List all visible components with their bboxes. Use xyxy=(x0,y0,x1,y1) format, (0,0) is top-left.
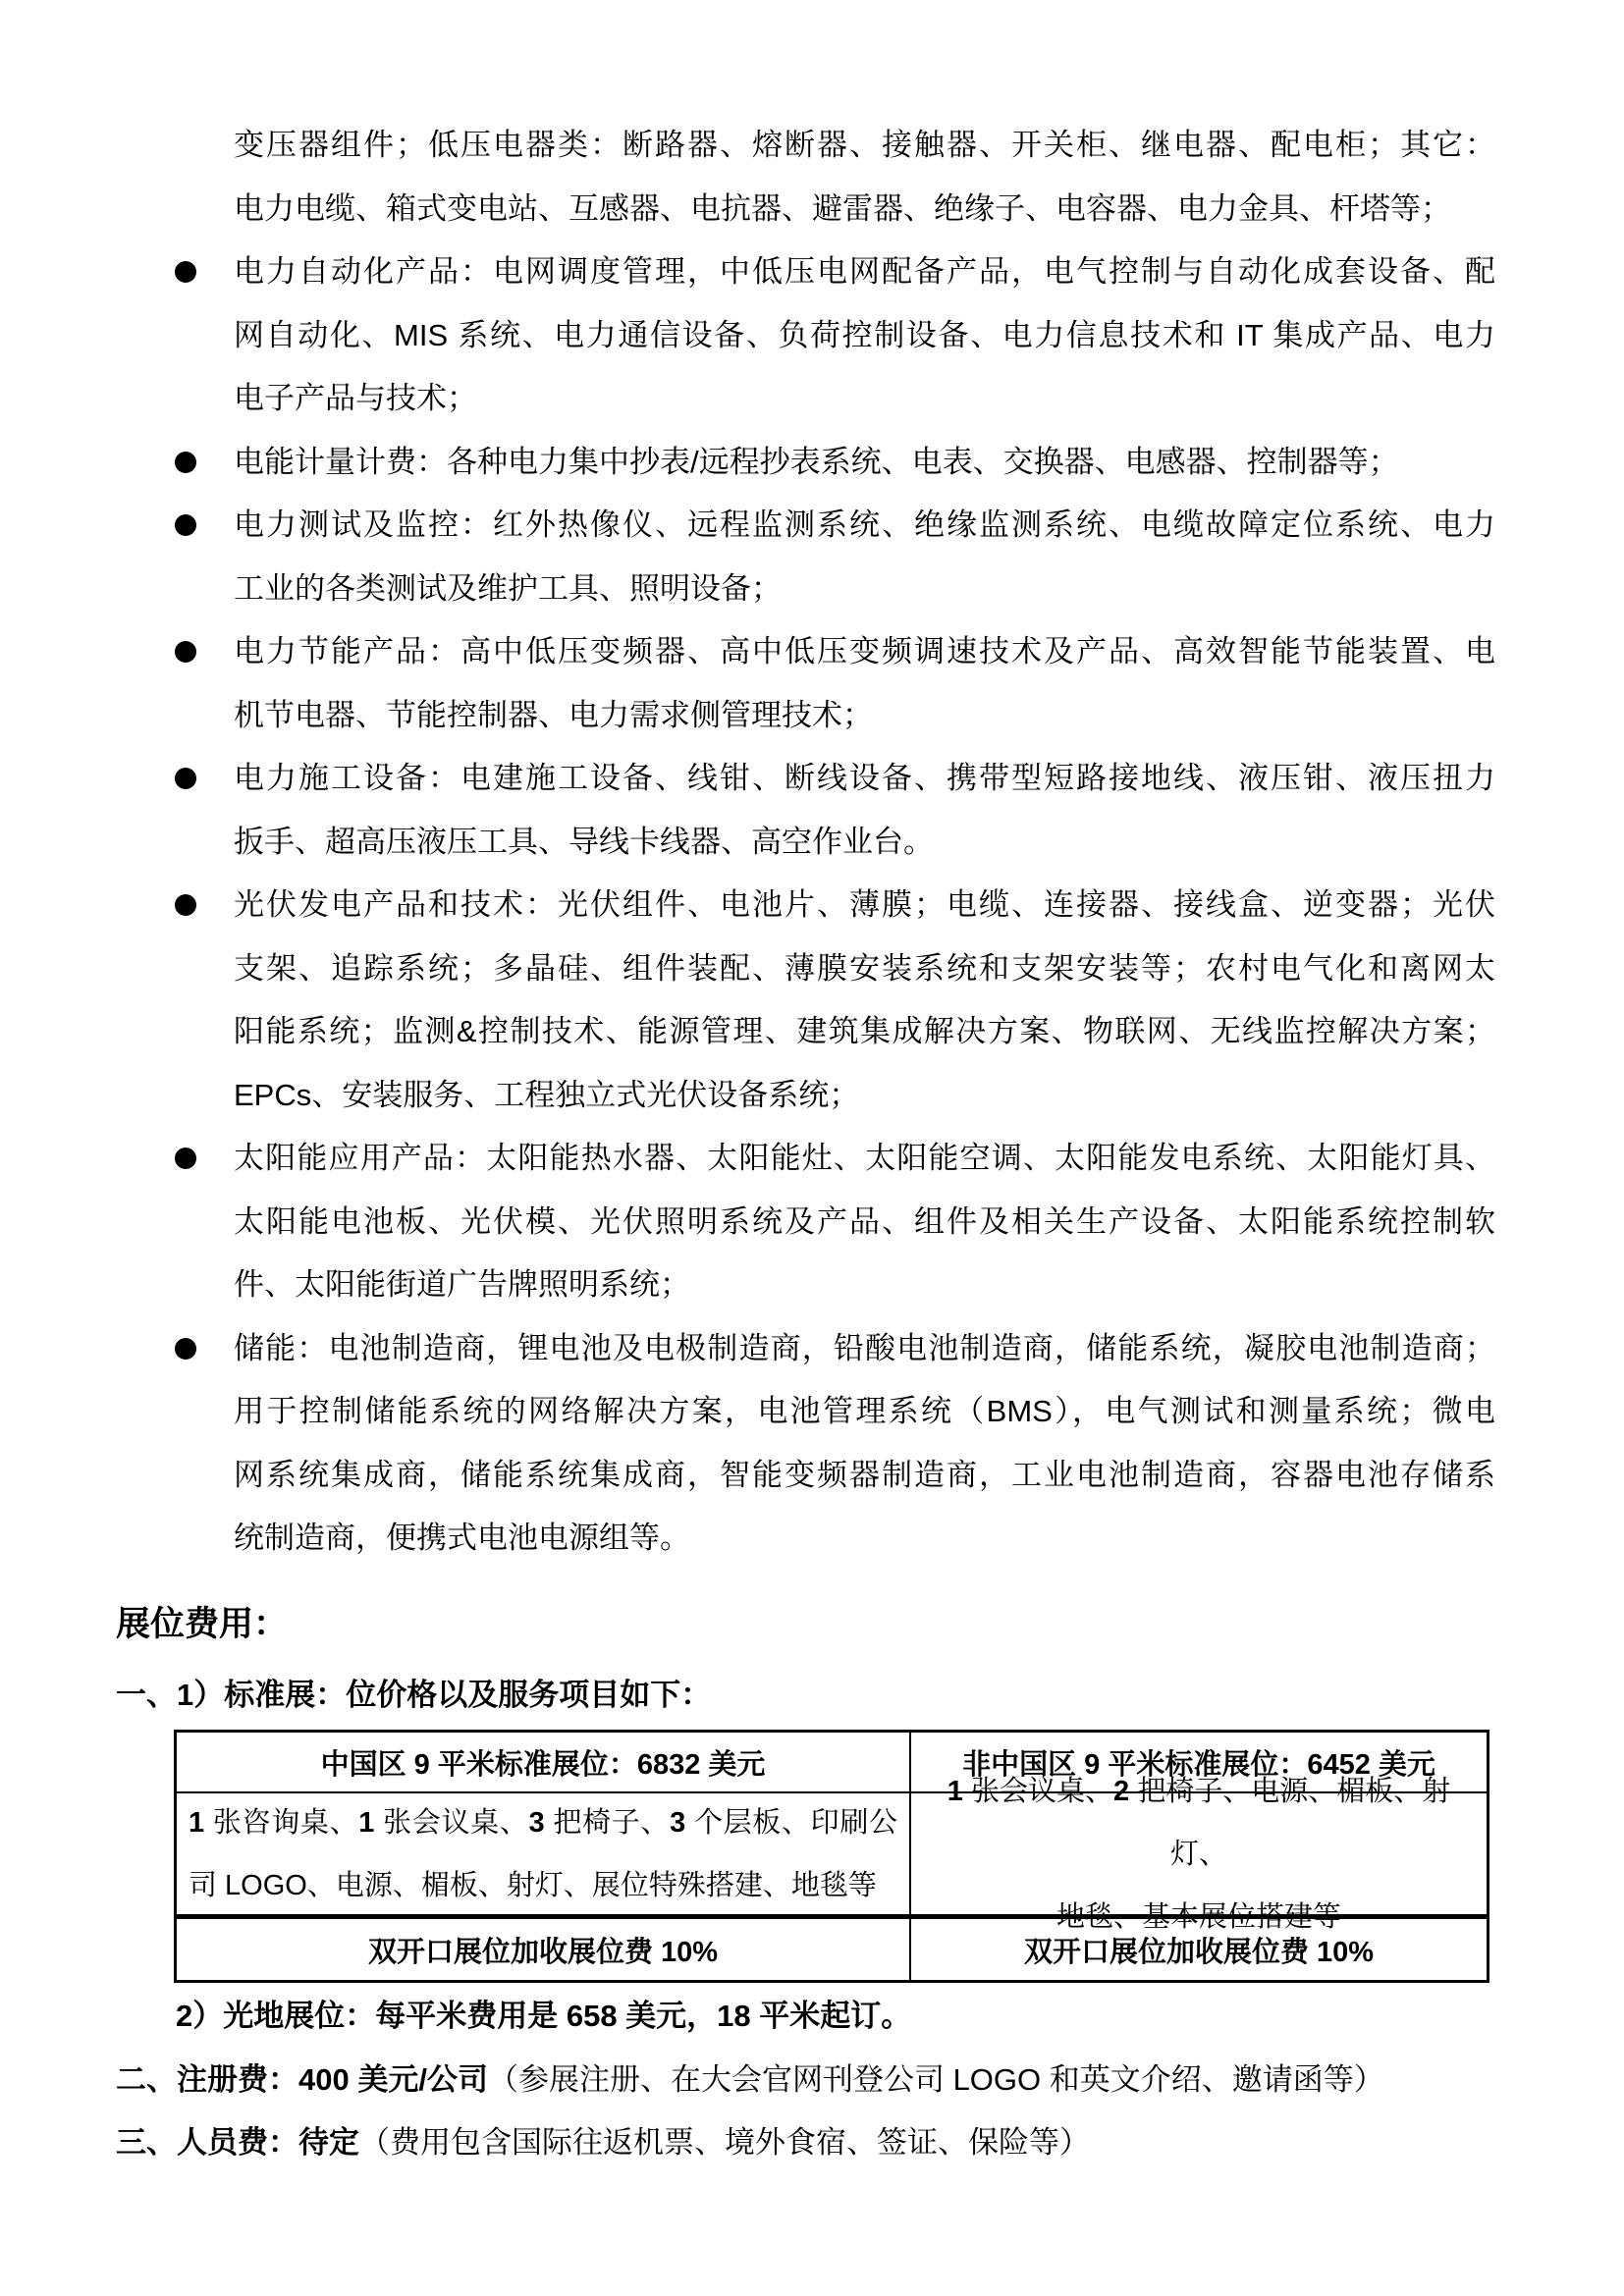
text-line: 阳能系统；监测&控制技术、能源管理、建筑集成解决方案、物联网、无线监控解决方案； xyxy=(234,1000,1495,1064)
bullet-icon xyxy=(175,641,196,663)
text-segment: 1 xyxy=(947,1776,963,1807)
text-segment: 3 xyxy=(670,1807,685,1839)
text-line: 电力自动化产品：电网调度管理，中低压电网配备产品，电气控制与自动化成套设备、配 xyxy=(234,240,1495,304)
bullet-item-testing-monitoring: 电力测试及监控：红外热像仪、远程监测系统、绝缘监测系统、电缆故障定位系统、电力工… xyxy=(234,494,1495,620)
text-segment: 三、人员费：待定 xyxy=(116,2125,359,2160)
text-line: 电力施工设备：电建施工设备、线钳、断线设备、携带型短路接地线、液压钳、液压扭力 xyxy=(234,747,1495,811)
text-line: 统制造商，便携式电池电源组等。 xyxy=(234,1507,1495,1571)
text-line: 件、太阳能街道广告牌照明系统； xyxy=(234,1254,1495,1317)
text-line: 机节电器、节能控制器、电力需求侧管理技术； xyxy=(234,684,1495,748)
text-segment: （费用包含国际往返机票、境外食宿、签证、保险等） xyxy=(359,2125,1090,2160)
bullet-text: 太阳能应用产品：太阳能热水器、太阳能灶、太阳能空调、太阳能发电系统、太阳能灯具、… xyxy=(234,1127,1495,1317)
text-line: 网系统集成商，储能系统集成商，智能变频器制造商，工业电池制造商，容器电池存储系 xyxy=(234,1444,1495,1508)
bullet-item-metering-billing: 电能计量计费：各种电力集中抄表/远程抄表系统、电表、交换器、电感器、控制器等； xyxy=(234,431,1495,495)
text-segment: 张会议桌、 xyxy=(374,1807,528,1839)
text-line: 电力测试及监控：红外热像仪、远程监测系统、绝缘监测系统、电缆故障定位系统、电力 xyxy=(234,494,1495,558)
text-segment: 张会议桌、 xyxy=(963,1776,1113,1807)
text-segment: 张咨询桌、 xyxy=(204,1807,358,1839)
registration-fee-line: 二、注册费：400 美元/公司（参展注册、在大会官网刊登公司 LOGO 和英文介… xyxy=(116,2049,1495,2112)
text-line: 储能：电池制造商，锂电池及电极制造商，铅酸电池制造商，储能系统，凝胶电池制造商； xyxy=(234,1317,1495,1381)
bullet-icon xyxy=(175,261,196,283)
table-cell-china-surcharge: 双开口展位加收展位费 10% xyxy=(177,1919,911,1980)
bullet-item-pv-products: 光伏发电产品和技术：光伏组件、电池片、薄膜；电缆、连接器、接线盒、逆变器；光伏支… xyxy=(234,874,1495,1127)
text-segment: 2 xyxy=(1113,1776,1129,1807)
bullet-text: 储能：电池制造商，锂电池及电极制造商，铅酸电池制造商，储能系统，凝胶电池制造商；… xyxy=(234,1317,1495,1571)
text-line: 1 张会议桌、2 把椅子、电源、楣板、射灯、 xyxy=(923,1760,1475,1886)
bullet-icon xyxy=(175,894,196,916)
text-line: 光伏发电产品和技术：光伏组件、电池片、薄膜；电缆、连接器、接线盒、逆变器；光伏 xyxy=(234,874,1495,937)
bullet-item-construction-equipment: 电力施工设备：电建施工设备、线钳、断线设备、携带型短路接地线、液压钳、液压扭力扳… xyxy=(234,747,1495,874)
table-cell-non-china-surcharge: 双开口展位加收展位费 10% xyxy=(911,1919,1487,1980)
bullet-icon xyxy=(175,768,196,789)
text-line: 太阳能应用产品：太阳能热水器、太阳能灶、太阳能空调、太阳能发电系统、太阳能灯具、 xyxy=(234,1127,1495,1191)
text-line: 扳手、超高压液压工具、导线卡线器、高空作业台。 xyxy=(234,811,1495,875)
text-segment: 司 LOGO、电源、楣板、射灯、展位特殊搭建、地毯等 xyxy=(189,1870,877,1901)
text-line: 电力电缆、箱式变电站、互感器、电抗器、避雷器、绝缘子、电容器、电力金具、杆塔等； xyxy=(234,178,1495,241)
text-line: 司 LOGO、电源、楣板、射灯、展位特殊搭建、地毯等 xyxy=(189,1854,897,1917)
text-line: 支架、追踪系统；多晶硅、组件装配、薄膜安装系统和支架安装等；农村电气化和离网太 xyxy=(234,937,1495,1001)
text-segment: （参展注册、在大会官网刊登公司 LOGO 和英文介绍、邀请函等） xyxy=(488,2062,1384,2097)
bullet-text: 电力节能产品：高中低压变频器、高中低压变频调速技术及产品、高效智能节能装置、电机… xyxy=(234,620,1495,747)
bullet-item-energy-storage: 储能：电池制造商，锂电池及电极制造商，铅酸电池制造商，储能系统，凝胶电池制造商；… xyxy=(234,1317,1495,1571)
bullet-text: 电力自动化产品：电网调度管理，中低压电网配备产品，电气控制与自动化成套设备、配网… xyxy=(234,240,1495,431)
personnel-fee-line: 三、人员费：待定（费用包含国际往返机票、境外食宿、签证、保险等） xyxy=(116,2111,1495,2175)
bullet-icon xyxy=(175,514,196,536)
table-cell-china-includes: 1 张咨询桌、1 张会议桌、3 把椅子、3 个层板、印刷公司 LOGO、电源、楣… xyxy=(177,1793,911,1919)
text-segment: 把椅子、电源、楣板、射灯、 xyxy=(1129,1776,1450,1870)
table-cell-non-china-includes: 1 张会议桌、2 把椅子、电源、楣板、射灯、地毯、基本展位搭建等 xyxy=(911,1793,1487,1919)
text-line: EPCs、安装服务、工程独立式光伏设备系统； xyxy=(234,1064,1495,1128)
text-line: 电子产品与技术； xyxy=(234,367,1495,431)
land-booth-line: 2）光地展位：每平米费用是 658 美元，18 平米起订。 xyxy=(176,1985,1495,2049)
text-segment: 二、注册费：400 美元/公司 xyxy=(116,2062,488,2097)
text-line: 变压器组件；低压电器类：断路器、熔断器、接触器、开关柜、继电器、配电柜；其它： xyxy=(234,114,1495,178)
bullet-icon xyxy=(175,1338,196,1360)
text-line: 电能计量计费：各种电力集中抄表/远程抄表系统、电表、交换器、电感器、控制器等； xyxy=(234,431,1495,495)
text-line: 太阳能电池板、光伏模、光伏照明系统及产品、组件及相关生产设备、太阳能系统控制软 xyxy=(234,1191,1495,1255)
bullet-icon xyxy=(175,452,196,473)
text-line: 1 张咨询桌、1 张会议桌、3 把椅子、3 个层板、印刷公 xyxy=(189,1791,897,1854)
intro-continuation-paragraph: 变压器组件；低压电器类：断路器、熔断器、接触器、开关柜、继电器、配电柜；其它：电… xyxy=(234,114,1495,240)
standard-booth-intro-line: 一、1）标准展：位价格以及服务项目如下： xyxy=(116,1664,1495,1728)
text-line: 电力节能产品：高中低压变频器、高中低压变频调速技术及产品、高效智能节能装置、电 xyxy=(234,620,1495,684)
text-segment: 3 xyxy=(529,1807,545,1839)
fees-table: 中国区 9 平米标准展位：6832 美元 非中国区 9 平米标准展位：6452 … xyxy=(174,1730,1489,1983)
document-page: 变压器组件；低压电器类：断路器、熔断器、接触器、开关柜、继电器、配电柜；其它：电… xyxy=(0,0,1624,2296)
bullet-text: 电力施工设备：电建施工设备、线钳、断线设备、携带型短路接地线、液压钳、液压扭力扳… xyxy=(234,747,1495,874)
text-segment: 1 xyxy=(189,1807,204,1839)
bullet-icon xyxy=(175,1148,196,1169)
text-line: 用于控制储能系统的网络解决方案，电池管理系统（BMS），电气测试和测量系统；微电 xyxy=(234,1380,1495,1444)
text-segment: 个层板、印刷公 xyxy=(685,1807,897,1839)
bullet-text: 电能计量计费：各种电力集中抄表/远程抄表系统、电表、交换器、电感器、控制器等； xyxy=(234,431,1495,495)
bullet-text: 电力测试及监控：红外热像仪、远程监测系统、绝缘监测系统、电缆故障定位系统、电力工… xyxy=(234,494,1495,620)
text-line: 工业的各类测试及维护工具、照明设备； xyxy=(234,558,1495,621)
text-line: 网自动化、MIS 系统、电力通信设备、负荷控制设备、电力信息技术和 IT 集成产… xyxy=(234,304,1495,368)
bullet-text: 光伏发电产品和技术：光伏组件、电池片、薄膜；电缆、连接器、接线盒、逆变器；光伏支… xyxy=(234,874,1495,1127)
table-header-china-booth: 中国区 9 平米标准展位：6832 美元 xyxy=(177,1733,911,1793)
bullet-item-solar-applications: 太阳能应用产品：太阳能热水器、太阳能灶、太阳能空调、太阳能发电系统、太阳能灯具、… xyxy=(234,1127,1495,1317)
bullet-item-energy-saving: 电力节能产品：高中低压变频器、高中低压变频调速技术及产品、高效智能节能装置、电机… xyxy=(234,620,1495,747)
booth-fees-heading: 展位费用： xyxy=(116,1590,1495,1659)
text-segment: 把椅子、 xyxy=(545,1807,670,1839)
text-segment: 1 xyxy=(358,1807,374,1839)
bullet-item-power-automation: 电力自动化产品：电网调度管理，中低压电网配备产品，电气控制与自动化成套设备、配网… xyxy=(234,240,1495,431)
